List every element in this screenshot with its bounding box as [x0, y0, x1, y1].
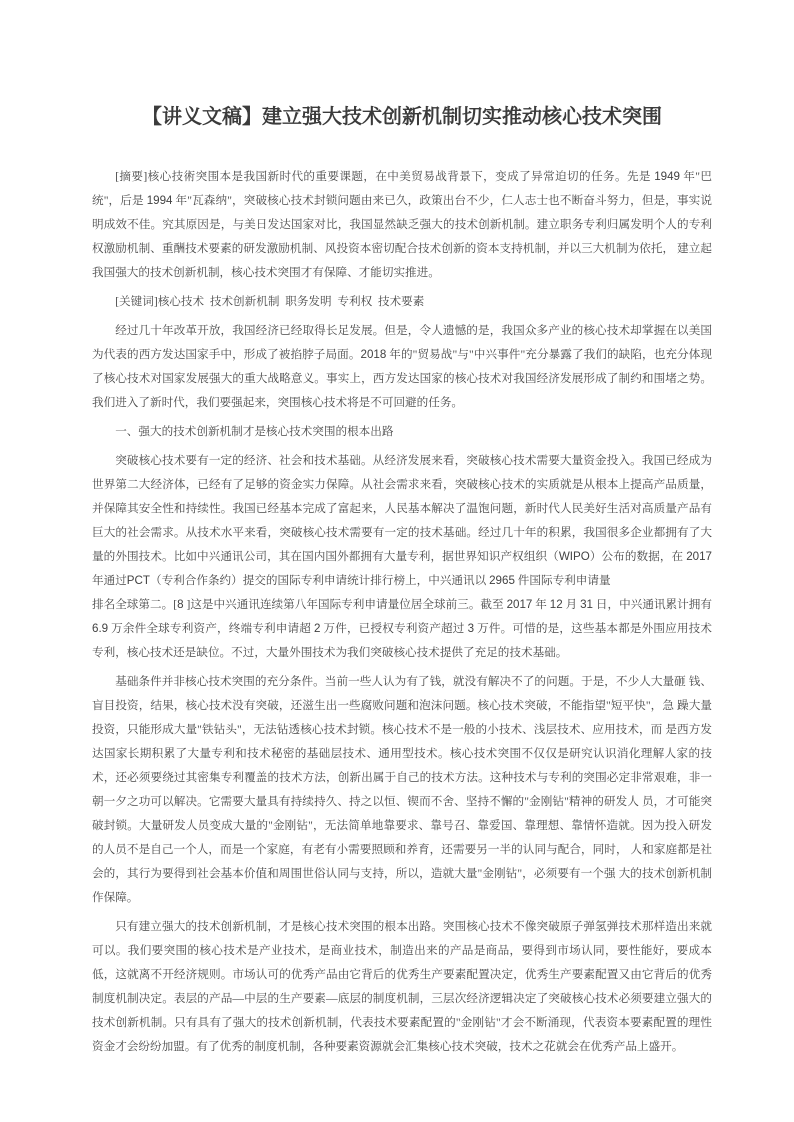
- section-1-paragraph-3: 只有建立强大的技术创新机制，才是核心技术突围的根本出路。突围核心技术不像突破原子…: [92, 915, 712, 1059]
- paragraph-keywords: [关键词]核心技术 技术创新机制 职务发明 专利权 技术要素: [92, 290, 712, 314]
- section-1-paragraph-1: 突破核心技术要有一定的经济、社会和技术基础。从经济发展来看，突破核心技术需要大量…: [92, 449, 712, 665]
- paragraph-intro: 经过几十年改革开放，我国经济已经取得长足发展。但是，令人遗憾的是，我国众多产业的…: [92, 319, 712, 415]
- paragraph-abstract: [摘要]核心技術突围本是我国新时代的重要课题，在中美贸易战背景下，变成了异常迫切…: [92, 165, 712, 285]
- section-1-paragraph-2: 基础条件并非核心技术突围的充分条件。当前一些人认为有了钱，就没有解决不了的问题。…: [92, 670, 712, 910]
- section-1-heading: 一、强大的技术创新机制才是核心技术突围的根本出路: [92, 420, 712, 444]
- document-content: 【讲义文稿】建立强大技术创新机制切实推动核心技术突围 [摘要]核心技術突围本是我…: [92, 104, 712, 1064]
- document-title: 【讲义文稿】建立强大技术创新机制切实推动核心技术突围: [92, 104, 712, 131]
- document-page: 【讲义文稿】建立强大技术创新机制切实推动核心技术突围 [摘要]核心技術突围本是我…: [0, 0, 794, 1122]
